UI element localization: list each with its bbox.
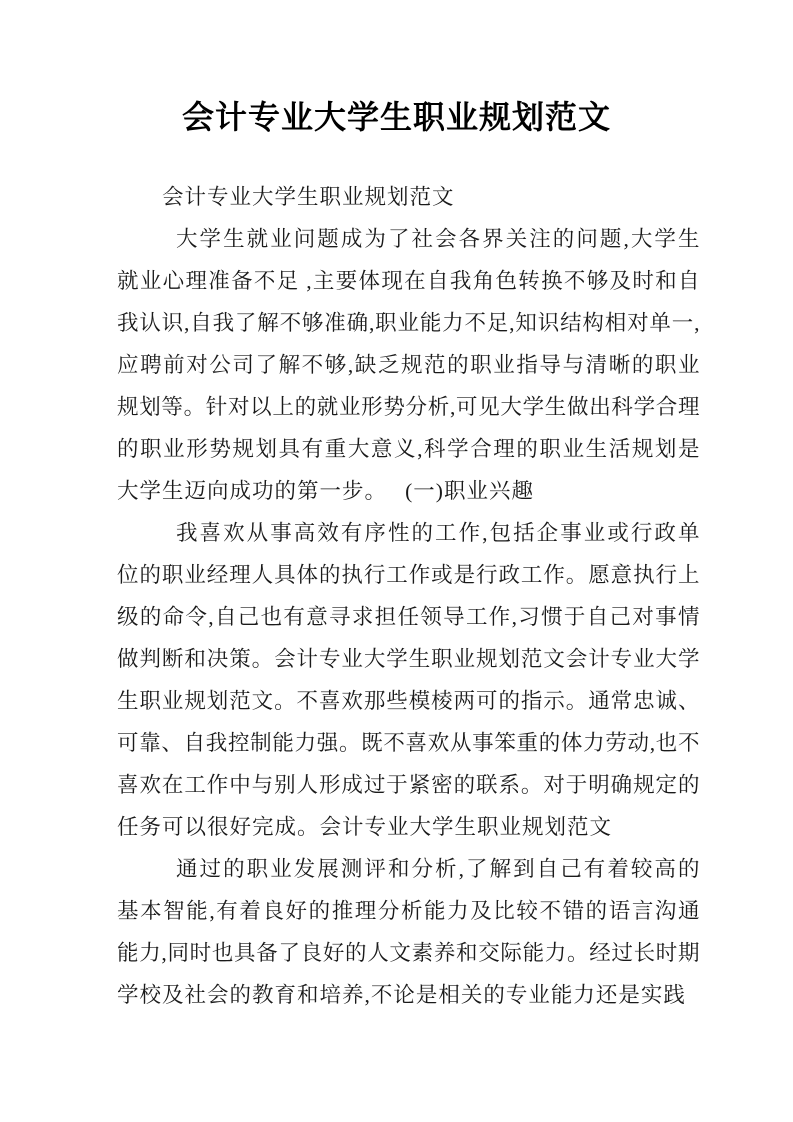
paragraph: 通过的职业发展测评和分析,了解到自己有着较高的基本智能,有着良好的推理分析能力及…: [117, 848, 700, 1016]
text-line: 生职业规划范文。不喜欢那些模棱两可的指示。通常忠诚、: [117, 680, 700, 722]
text-line: 任务可以很好完成。会计专业大学生职业规划范文: [117, 806, 700, 848]
paragraphs-container: 大学生就业问题成为了社会各界关注的问题,大学生就业心理准备不足 ,主要体现在自我…: [117, 218, 700, 1016]
text-line: 学校及社会的教育和培养,不论是相关的专业能力还是实践: [117, 974, 700, 1016]
text-line: 大学生迈向成功的第一步。 (一)职业兴趣: [117, 470, 700, 512]
paragraph: 我喜欢从事高效有序性的工作,包括企事业或行政单位的职业经理人具体的执行工作或是行…: [117, 512, 700, 848]
text-line: 大学生就业问题成为了社会各界关注的问题,大学生: [117, 218, 700, 260]
text-line: 位的职业经理人具体的执行工作或是行政工作。愿意执行上: [117, 554, 700, 596]
text-line: 能力,同时也具备了良好的人文素养和交际能力。经过长时期: [117, 932, 700, 974]
text-line: 我认识,自我了解不够准确,职业能力不足,知识结构相对单一,: [117, 302, 700, 344]
text-line: 可靠、自我控制能力强。既不喜欢从事笨重的体力劳动,也不: [117, 722, 700, 764]
text-line: 规划等。针对以上的就业形势分析,可见大学生做出科学合理: [117, 386, 700, 428]
text-line: 喜欢在工作中与别人形成过于紧密的联系。对于明确规定的: [117, 764, 700, 806]
text-line: 的职业形势规划具有重大意义,科学合理的职业生活规划是: [117, 428, 700, 470]
text-line: 就业心理准备不足 ,主要体现在自我角色转换不够及时和自: [117, 260, 700, 302]
paragraph: 大学生就业问题成为了社会各界关注的问题,大学生就业心理准备不足 ,主要体现在自我…: [117, 218, 700, 512]
text-line: 做判断和决策。会计专业大学生职业规划范文会计专业大学: [117, 638, 700, 680]
document-page: 会计专业大学生职业规划范文 会计专业大学生职业规划范文 大学生就业问题成为了社会…: [0, 0, 793, 1122]
text-line: 应聘前对公司了解不够,缺乏规范的职业指导与清晰的职业: [117, 344, 700, 386]
text-line: 基本智能,有着良好的推理分析能力及比较不错的语言沟通: [117, 890, 700, 932]
text-line: 我喜欢从事高效有序性的工作,包括企事业或行政单: [117, 512, 700, 554]
document-title: 会计专业大学生职业规划范文: [0, 0, 793, 137]
document-subtitle: 会计专业大学生职业规划范文: [117, 176, 700, 218]
text-line: 通过的职业发展测评和分析,了解到自己有着较高的: [117, 848, 700, 890]
document-body: 会计专业大学生职业规划范文 大学生就业问题成为了社会各界关注的问题,大学生就业心…: [117, 176, 700, 1016]
text-line: 级的命令,自己也有意寻求担任领导工作,习惯于自己对事情: [117, 596, 700, 638]
